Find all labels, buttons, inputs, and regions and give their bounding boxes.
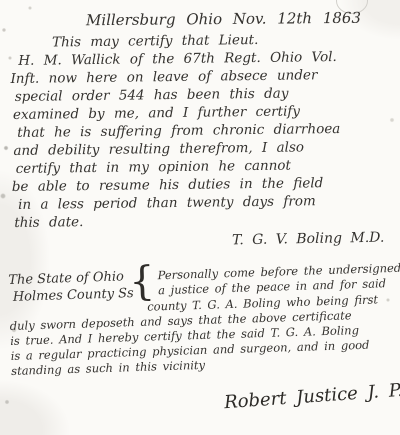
certificate-line: this date.: [12, 209, 398, 232]
affidavit-section: The State of Ohio Holmes County Ss { Per…: [8, 258, 400, 379]
venue-county-line: Holmes County Ss: [9, 285, 134, 306]
justice-signature: Robert Justice J. P.: [223, 380, 400, 413]
certificate-body: This may certify that Lieut. H. M. Walli…: [10, 29, 398, 232]
venue-brace: {: [129, 263, 156, 300]
document-dateline: Millersburg Ohio Nov. 12th 1863: [86, 9, 361, 29]
affidavit-venue: The State of Ohio Holmes County Ss: [8, 266, 134, 306]
physician-signature: T. G. V. Boling M.D.: [232, 230, 385, 249]
document-page: Millersburg Ohio Nov. 12th 1863 This may…: [0, 0, 400, 435]
